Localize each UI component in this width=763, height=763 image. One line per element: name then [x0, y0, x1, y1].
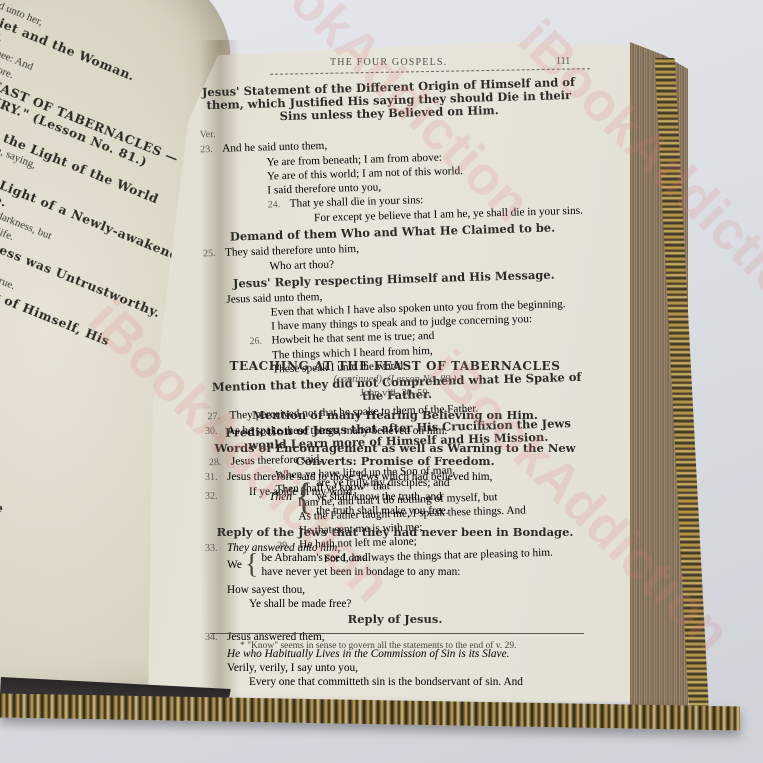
verse-text: And he said unto them, [222, 140, 327, 155]
verse-number: 23. [200, 143, 222, 158]
verse-line: Ye shall be made free? [205, 597, 585, 611]
verse-text: Ye shall be made free? [249, 598, 351, 610]
verse-line: How sayest thou, [205, 583, 585, 597]
heading-reply: Reply of Jesus. [205, 613, 585, 626]
brace-line: are ye truly my disciples; and [316, 476, 449, 490]
verse-number [204, 303, 226, 304]
verse-number [245, 180, 267, 181]
verse-text: Every one that committeth sin is the bon… [249, 676, 523, 688]
verse-33-brace: We { be Abraham's seed, and have never y… [205, 551, 585, 579]
verse-line: Every one that committeth sin is the bon… [205, 675, 585, 689]
brace-line: ye shall know the truth, and [316, 490, 449, 504]
verse-text: Verily, verily, I say unto you, [227, 662, 358, 674]
verse-number: 25. [203, 247, 225, 262]
book-photo: ... said unto her,...ariet and the Woman… [0, 0, 763, 763]
verse-number [249, 315, 271, 316]
verse-text: That ye shall die in your sins: [290, 194, 424, 210]
verse-text: Who art thou? [269, 259, 334, 273]
verse-32-brace: 32. Then { are ye truly my disciples; an… [205, 476, 585, 518]
verse-number [245, 194, 267, 195]
verse-line: Verily, verily, I say unto you, [205, 661, 585, 675]
page-number: 111 [556, 56, 570, 67]
verse-number [277, 520, 299, 521]
verse-number [292, 221, 314, 222]
section-subtitle: (continued). (Lesson No. 89.) [205, 373, 585, 387]
verse-number [248, 269, 270, 270]
brace-line: have never yet been in bondage to any ma… [262, 565, 461, 579]
heading-bondage: Reply of the Jews that they had never be… [205, 526, 585, 539]
brace-line: be Abraham's seed, and [262, 551, 461, 565]
brace-lead: We [227, 558, 242, 572]
verse-text: How sayest thou, [227, 584, 305, 596]
brace-lead: Then [227, 490, 292, 504]
section-header: TEACHING AT THE FEAST OF TABERNACLES (co… [205, 360, 585, 401]
verse-line: 30.As he spake these things, many believ… [205, 424, 585, 439]
section-reference: John viii. 30–59. [205, 387, 585, 401]
verse-text: As he spake these things, many believed … [227, 425, 447, 437]
verse-number [245, 166, 267, 167]
verse-number: 32. [205, 490, 227, 504]
brace-glyph: { [245, 551, 258, 579]
verse-text: They said therefore unto him, [225, 243, 359, 259]
running-head: THE FOUR GOSPELS. [330, 57, 447, 68]
footnote: * "Know" seems in sense to govern all th… [240, 641, 517, 651]
brace-glyph: { [295, 478, 313, 516]
section-title: TEACHING AT THE FEAST OF TABERNACLES [205, 360, 585, 373]
verse-number: 24. [268, 198, 290, 213]
footnote-rule [210, 633, 584, 634]
verse-number: Ver. [200, 128, 222, 143]
verse-number [249, 329, 271, 330]
section-heading: Mention of many Hearing Believing on Him… [205, 409, 585, 422]
verse-number: 26. [249, 334, 271, 349]
verse-number: 30. [205, 425, 227, 439]
section-heading: Words of Encouragement as well as Warnin… [205, 442, 585, 468]
brace-line: the truth shall make you free. [316, 504, 449, 518]
